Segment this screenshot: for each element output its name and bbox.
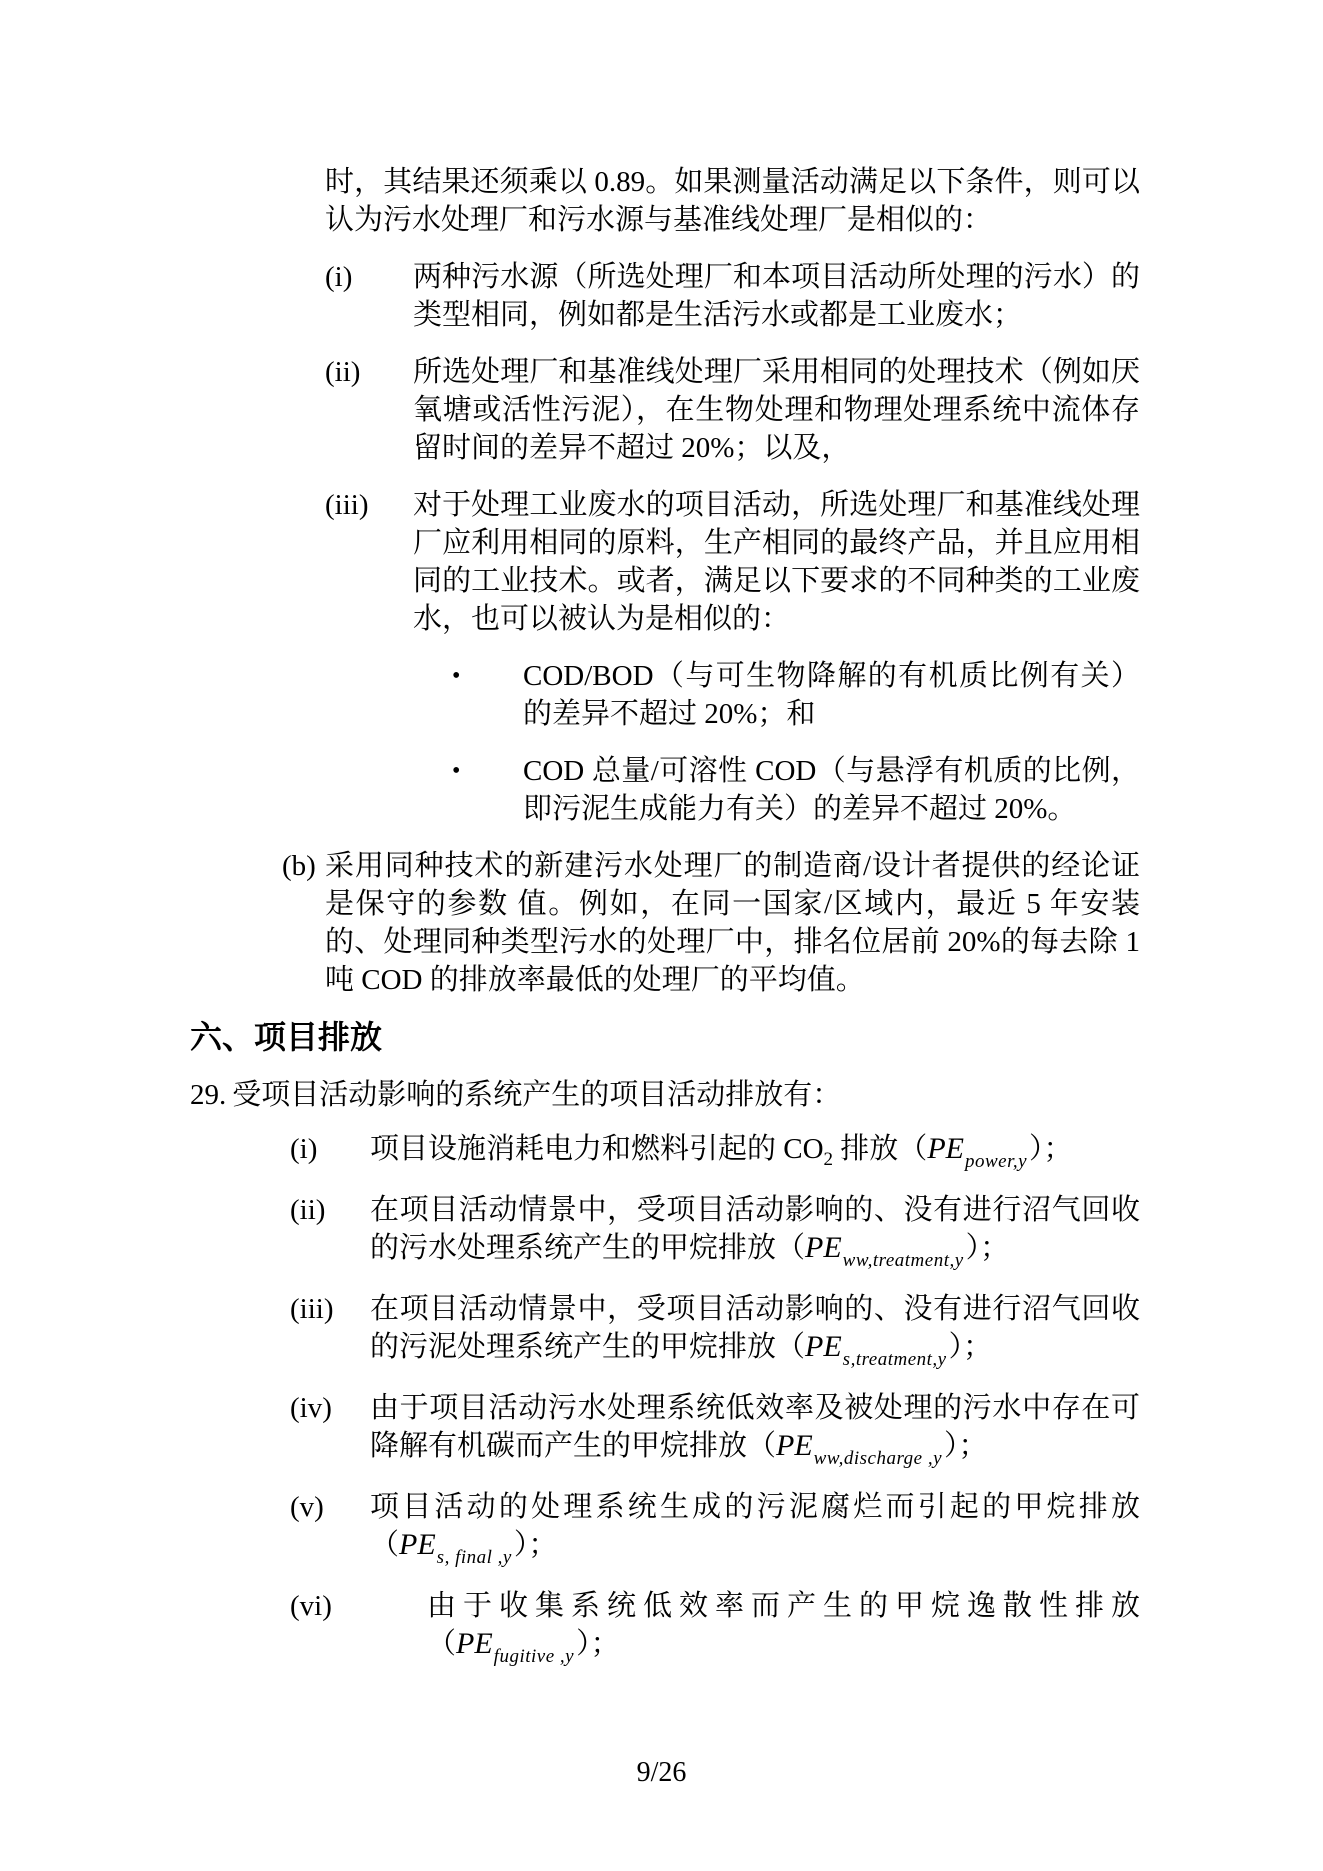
list-item: (ii)所选处理厂和基准线处理厂采用相同的处理技术（例如厌氧塘或活性污泥），在生… [325, 353, 1140, 467]
item-label: (i) [325, 258, 413, 334]
bullet-list-item: •COD/BOD（与可生物降解的有机质比例有关）的差异不超过 20%；和 [452, 657, 1140, 733]
formula-base: PE [805, 1330, 842, 1363]
emission-list-item: (iii)在项目活动情景中，受项目活动影响的、没有进行沼气回收的污泥处理系统产生… [190, 1290, 1140, 1370]
item-text: COD 总量/可溶性 COD（与悬浮有机质的比例，即污泥生成能力有关）的差异不超… [523, 752, 1140, 828]
item-label: (iii) [290, 1290, 370, 1370]
item-text: 项目设施消耗电力和燃料引起的 CO2 排放（PEpower,y）； [370, 1130, 1140, 1172]
bullet-icon: • [452, 752, 523, 828]
item-text: 采用同种技术的新建污水处理厂的制造商/设计者提供的经论证是保守的参数 值。例如，… [325, 847, 1140, 999]
bullet-list: •COD/BOD（与可生物降解的有机质比例有关）的差异不超过 20%；和•COD… [190, 657, 1140, 828]
item-text: 对于处理工业废水的项目活动，所选处理厂和基准线处理厂应利用相同的原料，生产相同的… [413, 486, 1140, 638]
item-label: (iv) [290, 1389, 370, 1469]
formula-subscript: power,y [965, 1151, 1027, 1172]
item-label: (v) [290, 1488, 370, 1568]
formula-subscript: ww,treatment,y [843, 1250, 964, 1271]
formula-subscript: ww,discharge ,y [814, 1448, 942, 1469]
formula-subscript: fugitive ,y [494, 1646, 574, 1667]
item-label: (iii) [325, 486, 413, 638]
document-page: 时，其结果还须乘以 0.89。如果测量活动满足以下条件，则可以认为污水处理厂和污… [0, 0, 1323, 1871]
formula-base: PE [805, 1231, 842, 1264]
subscript: 2 [824, 1149, 834, 1170]
pe-formula: PEs,treatment,y [805, 1331, 949, 1363]
list-item: (iii)对于处理工业废水的项目活动，所选处理厂和基准线处理厂应利用相同的原料，… [325, 486, 1140, 638]
emission-list-item: (v)项目活动的处理系统生成的污泥腐烂而引起的甲烷排放（PEs, final ,… [190, 1488, 1140, 1568]
item-text: 项目活动的处理系统生成的污泥腐烂而引起的甲烷排放（PEs, final ,y）； [370, 1488, 1140, 1568]
condition-list: (i)两种污水源（所选处理厂和本项目活动所处理的污水）的类型相同，例如都是生活污… [190, 258, 1140, 638]
formula-base: PE [927, 1132, 964, 1165]
page-content: 时，其结果还须乘以 0.89。如果测量活动满足以下条件，则可以认为污水处理厂和污… [190, 163, 1140, 1667]
item-text: 在项目活动情景中，受项目活动影响的、没有进行沼气回收的污水处理系统产生的甲烷排放… [370, 1191, 1140, 1271]
item-label: (ii) [325, 353, 413, 467]
emission-list-item: (iv)由于项目活动污水处理系统低效率及被处理的污水中存在可降解有机碳而产生的甲… [190, 1389, 1140, 1469]
emission-list-item: (vi)由于收集系统低效率而产生的甲烷逸散性排放（PEfugitive ,y）； [190, 1587, 1140, 1667]
formula-base: PE [399, 1528, 436, 1561]
emission-list: (i)项目设施消耗电力和燃料引起的 CO2 排放（PEpower,y）；(ii)… [190, 1130, 1140, 1667]
bullet-list-item: •COD 总量/可溶性 COD（与悬浮有机质的比例，即污泥生成能力有关）的差异不… [452, 752, 1140, 828]
item-text: 在项目活动情景中，受项目活动影响的、没有进行沼气回收的污泥处理系统产生的甲烷排放… [370, 1290, 1140, 1370]
list-item: (i)两种污水源（所选处理厂和本项目活动所处理的污水）的类型相同，例如都是生活污… [325, 258, 1140, 334]
paragraph-text: 受项目活动影响的系统产生的项目活动排放有： [232, 1076, 1140, 1114]
item-text: COD/BOD（与可生物降解的有机质比例有关）的差异不超过 20%；和 [523, 657, 1140, 733]
emission-list-item: (ii)在项目活动情景中，受项目活动影响的、没有进行沼气回收的污水处理系统产生的… [190, 1191, 1140, 1271]
section-heading: 六、项目排放 [190, 1015, 1140, 1059]
item-b: (b) 采用同种技术的新建污水处理厂的制造商/设计者提供的经论证是保守的参数 值… [282, 847, 1140, 999]
item-text: 两种污水源（所选处理厂和本项目活动所处理的污水）的类型相同，例如都是生活污水或都… [413, 258, 1140, 334]
item-label: (vi) [290, 1587, 427, 1667]
pe-formula: PEpower,y [927, 1133, 1029, 1165]
item-label: (i) [290, 1130, 370, 1172]
pe-formula: PEww,treatment,y [805, 1232, 966, 1264]
item-text: 由于项目活动污水处理系统低效率及被处理的污水中存在可降解有机碳而产生的甲烷排放（… [370, 1389, 1140, 1469]
emission-list-item: (i)项目设施消耗电力和燃料引起的 CO2 排放（PEpower,y）； [190, 1130, 1140, 1172]
pe-formula: PEww,discharge ,y [776, 1430, 944, 1462]
item-label: (b) [282, 847, 325, 999]
formula-base: PE [776, 1429, 813, 1462]
item-text: 所选处理厂和基准线处理厂采用相同的处理技术（例如厌氧塘或活性污泥），在生物处理和… [413, 353, 1140, 467]
formula-subscript: s, final ,y [437, 1547, 512, 1568]
pe-formula: PEs, final ,y [399, 1529, 514, 1561]
page-number: 9/26 [0, 1756, 1323, 1790]
intro-paragraph: 时，其结果还须乘以 0.89。如果测量活动满足以下条件，则可以认为污水处理厂和污… [325, 163, 1140, 239]
pe-formula: PEfugitive ,y [456, 1628, 576, 1660]
item-text: 由于收集系统低效率而产生的甲烷逸散性排放（PEfugitive ,y）； [427, 1587, 1140, 1667]
paragraph-number: 29. [190, 1076, 226, 1114]
bullet-icon: • [452, 657, 523, 733]
item-label: (ii) [290, 1191, 370, 1271]
formula-subscript: s,treatment,y [843, 1349, 947, 1370]
formula-base: PE [456, 1627, 493, 1660]
paragraph-29: 29. 受项目活动影响的系统产生的项目活动排放有： [190, 1076, 1140, 1114]
